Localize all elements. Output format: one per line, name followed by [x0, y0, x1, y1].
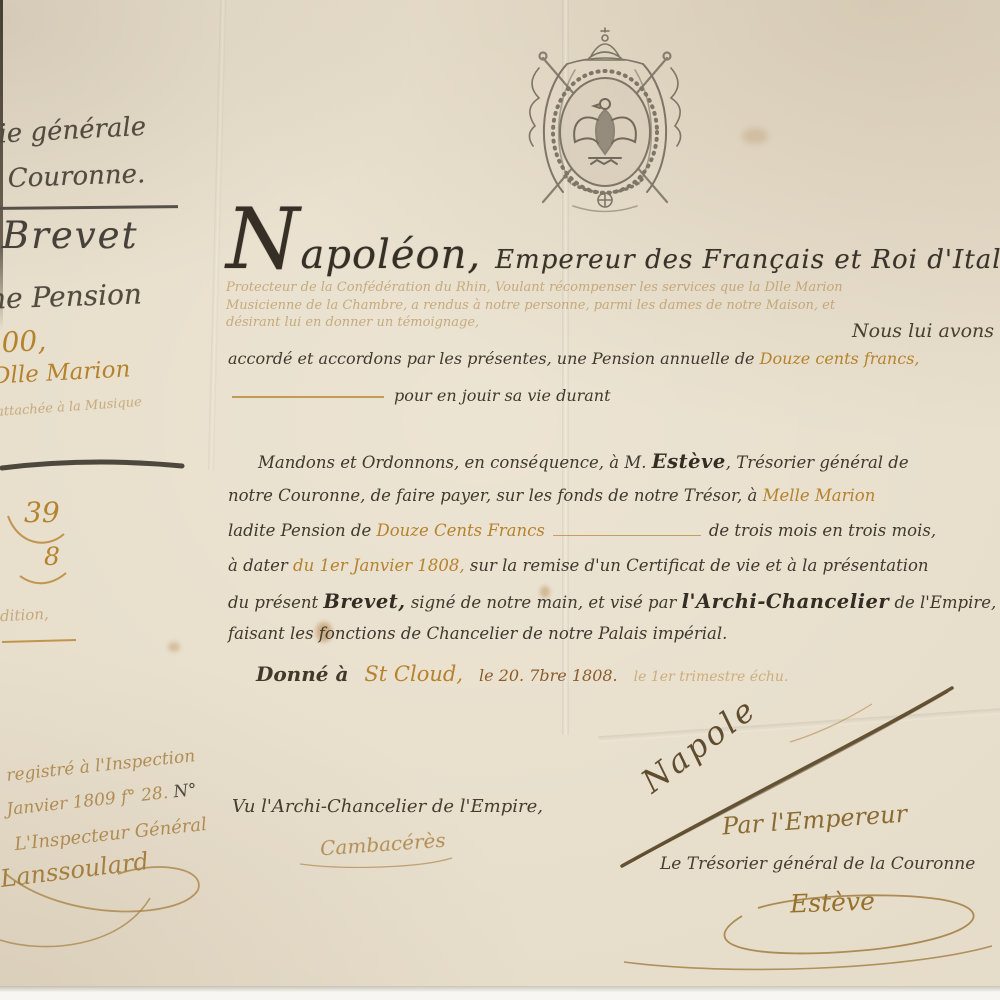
dateline: Donné à St Cloud, le 20. 7bre 1808. le 1…: [256, 662, 788, 686]
fold-crease-bottom-right: [598, 708, 1000, 743]
fold-crease-left: [208, 0, 226, 470]
grant-text: accordé et accordons par les présentes, …: [228, 349, 760, 368]
document-header: Napoléon, Empereur des Français et Roi d…: [226, 190, 998, 288]
preamble-line-2: Musicienne de la Chambre, a rendus à not…: [226, 297, 998, 315]
expedition-label: dition,: [0, 605, 49, 626]
mandate-text: du présent: [228, 593, 323, 612]
treasurer-signature: Estève: [790, 887, 876, 919]
brevet-document-scan: rie générale a Couronne. Brevet ne Pensi…: [0, 0, 1000, 1000]
stain-spot-4: [168, 642, 180, 652]
mandate-line-3: ladite Pension de Douze Cents Francsde t…: [228, 521, 1000, 540]
registration-date: Janvier 1809 f° 28.: [5, 783, 169, 820]
pension-amount-margin: 1200,: [0, 324, 47, 361]
given-at-label: Donné à: [256, 662, 348, 686]
brevet-word: Brevet,: [323, 590, 405, 613]
mandate-text: notre Couronne, de faire payer, sur les …: [228, 486, 763, 505]
folio-number-top: 39: [24, 496, 60, 529]
mandate-line-5: du présent Brevet, signé de notre main, …: [228, 590, 1000, 613]
date-value: le 20. 7bre 1808.: [479, 666, 618, 685]
registration-line-1: registré à l'Inspection: [5, 746, 196, 786]
registration-line-3: L'Inspecteur Général: [13, 814, 207, 855]
treasurer-title-line: Le Trésorier général de la Couronne: [660, 854, 975, 874]
mandate-line-6: faisant les fonctions de Chancelier de n…: [228, 624, 1000, 643]
preamble-line-1: Protecteur de la Confédération du Rhin, …: [226, 279, 998, 297]
page-bottom-edge: [0, 986, 1000, 1000]
place-saint-cloud: St Cloud,: [364, 662, 463, 686]
grantee-note-margin: attachée à la Musique: [0, 395, 142, 420]
mandate-text: à dater: [228, 556, 293, 575]
mandate-text: , Trésorier général de: [726, 453, 909, 472]
mandate-text: ladite Pension de: [228, 521, 376, 540]
mandate-text: signé de notre main, et visé par: [411, 593, 682, 612]
treasurer-name: Estève: [652, 450, 726, 473]
grant-line-2: pour en jouir sa vie durant: [232, 386, 611, 405]
napoleon-signature: Napole: [634, 690, 764, 801]
chancellor-signature: Cambacérès: [319, 828, 446, 861]
margin-ink-stroke: [2, 462, 182, 468]
blank-filler-line: [553, 535, 701, 536]
archchancellor-word: l'Archi-Chancelier: [682, 590, 890, 613]
grant-amount: Douze cents francs,: [760, 349, 920, 368]
mandate-text: sur la remise d'un Certificat de vie et …: [470, 556, 929, 575]
header-titles: Empereur des Français et Roi d'Italie,: [495, 245, 1000, 275]
stain-spot-3: [742, 128, 768, 144]
office-divider-rule: [0, 205, 178, 210]
start-date-inline: du 1er Janvier 1808,: [293, 556, 465, 575]
grant-line-1: accordé et accordons par les présentes, …: [228, 349, 1000, 368]
brevet-title: Brevet: [2, 214, 138, 257]
mandate-text: de l'Empire,: [894, 593, 996, 612]
mandate-line-2: notre Couronne, de faire payer, sur les …: [228, 486, 1000, 505]
trimester-note: le 1er trimestre échu.: [634, 669, 789, 685]
registration-line-2: Janvier 1809 f° 28. N°: [5, 780, 197, 820]
mandate-text: Mandons et Ordonnons, en conséquence, à …: [258, 453, 652, 472]
par-empereur-line: Par l'Empereur: [721, 800, 908, 841]
header-napoleon: Napoléon,: [226, 190, 481, 288]
nous-lui-avons: Nous lui avons: [852, 320, 994, 342]
mandate-line-1: Mandons et Ordonnons, en conséquence, à …: [228, 450, 1000, 473]
grantee-name-inline: Melle Marion: [763, 486, 876, 505]
grant-duration: pour en jouir sa vie durant: [394, 386, 611, 405]
registration-number-label: N°: [172, 780, 197, 802]
ledger-dash: [232, 396, 384, 398]
mandate-line-4: à dater du 1er Janvier 1808, sur la remi…: [228, 556, 1000, 575]
office-name-line1: rie générale: [0, 112, 147, 150]
pension-subtitle: ne Pension: [0, 277, 142, 315]
vu-archchancellor-line: Vu l'Archi-Chancelier de l'Empire,: [232, 796, 543, 817]
amount-inline: Douze Cents Francs: [376, 521, 544, 540]
grantee-name-margin: Dlle Marion: [0, 356, 131, 389]
office-name-line2: a Couronne.: [0, 159, 146, 195]
folio-number-bottom: 8: [44, 542, 60, 571]
mandate-text: de trois mois en trois mois,: [709, 521, 936, 540]
